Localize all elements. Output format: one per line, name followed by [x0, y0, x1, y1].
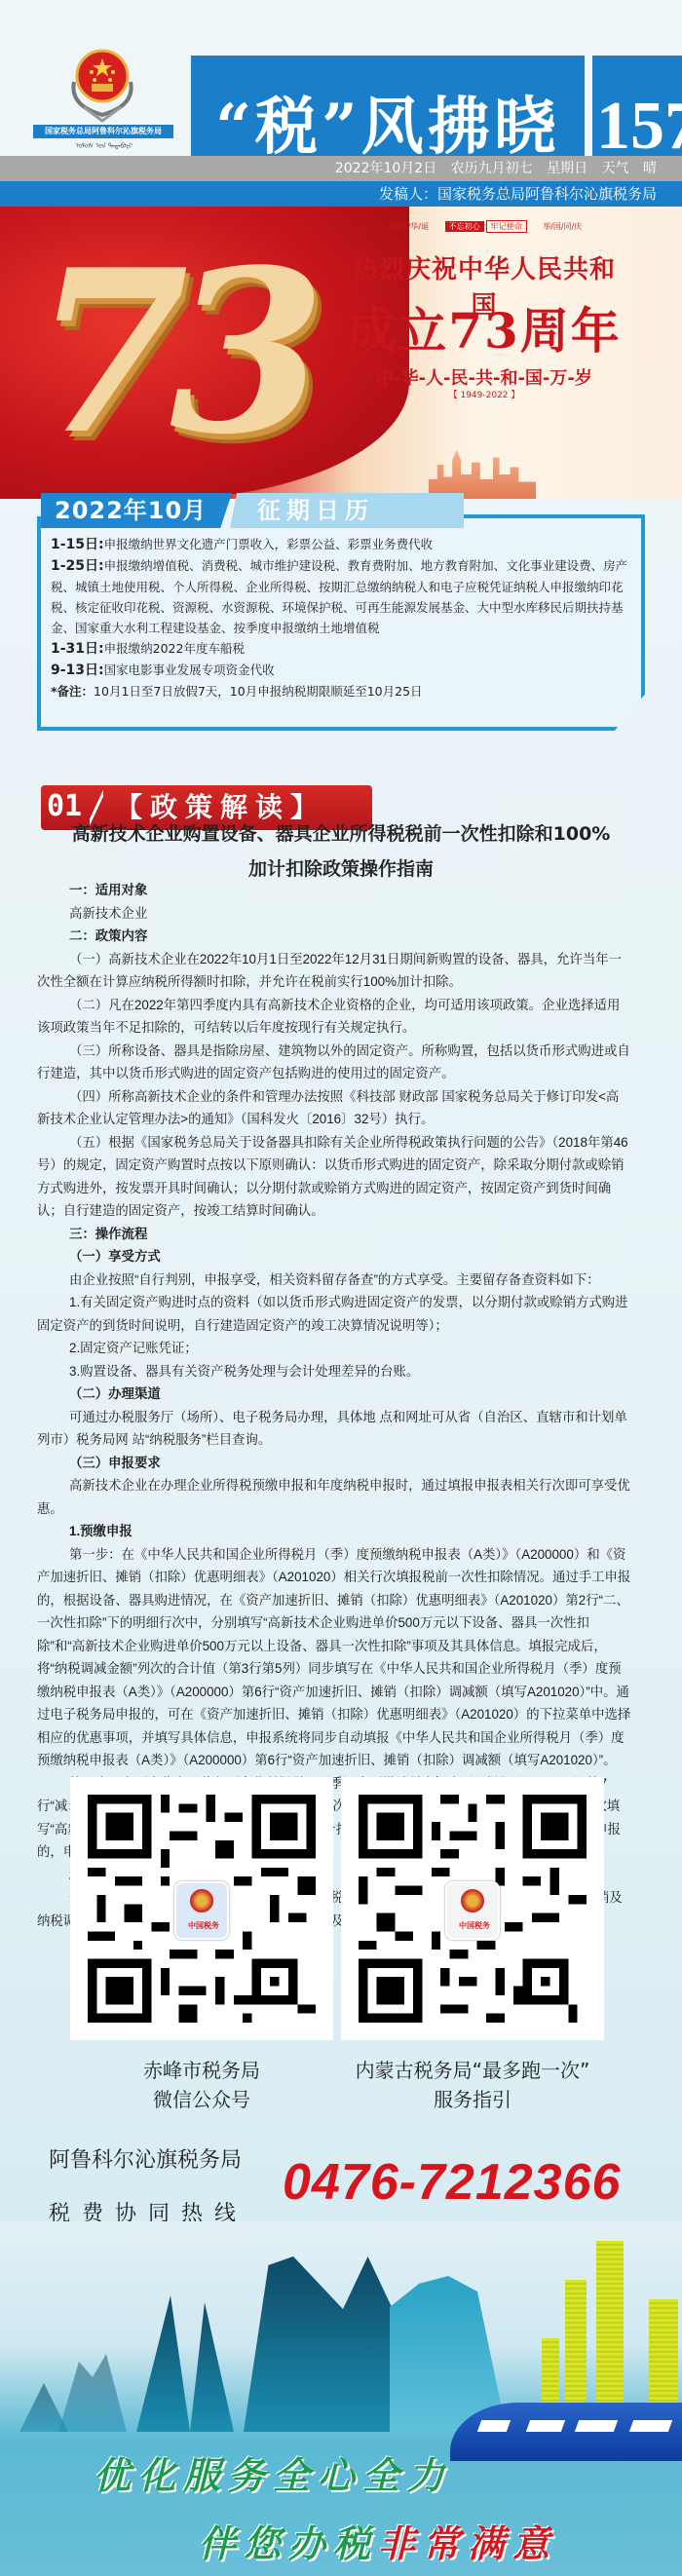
article-paragraph: （四）所称高新技术企业的条件和管理办法按照《科技部 财政部 国家税务总局关于修订…	[37, 1085, 631, 1131]
banner-tagline-row: 春/夏/华/诞 不忘初心牢记使命 举/国/同/庆	[390, 220, 582, 233]
article-heading: 一：适用对象	[37, 879, 631, 902]
article-paragraph: 第一步：在《中华人民共和国企业所得税月（季）度预缴纳税申报表（A类）》（A200…	[37, 1543, 631, 1772]
slogan-line-1: 优化服务全心全力	[94, 2445, 452, 2499]
tags-left: 春/夏/华/诞	[390, 222, 429, 231]
mongolian-script-label: ᠤᠯᠤᠰ ᠤᠨ ᠲᠠᠲᠠᠪᠤᠷᠢ	[39, 139, 170, 149]
calendar-item-text: 申报缴纳增值税、消费税、城市维护建设税、教育费附加、地方教育附加、文化事业建设费…	[51, 558, 627, 635]
anniversary-number: 73	[33, 226, 306, 479]
mountain-icon	[58, 2354, 127, 2432]
qr-caption-line-1: 赤峰市税务局	[70, 2056, 333, 2085]
article-title: 高新技术企业购置设备、器具企业所得税税前一次性扣除和100% 加计扣除政策操作指…	[29, 816, 653, 887]
slogan-line-2: 伴您办税非常满意	[199, 2514, 557, 2567]
calendar-item: 1-31日:申报缴纳2022年度车船税	[51, 638, 635, 660]
qr-caption-chifeng: 赤峰市税务局 微信公众号	[70, 2056, 333, 2114]
qr-logo-text: 中国税务	[447, 1920, 502, 1931]
calendar-heading-title: 征期日历	[230, 493, 464, 528]
article-paragraph: （一）高新技术企业在2022年10月1日至2022年12月31日期间新购置的设备…	[37, 948, 631, 994]
article-heading: （三）申报要求	[37, 1452, 631, 1475]
calendar-list: 1-15日:申报缴纳世界文化遗产门票收入，彩票公益、彩票业务费代收 1-25日:…	[51, 534, 635, 701]
note-label: *备注：	[51, 684, 94, 699]
article-heading: （一）享受方式	[37, 1245, 631, 1269]
tax-emblem-icon	[190, 1889, 213, 1913]
train-window	[629, 2420, 672, 2432]
calendar-divider	[458, 514, 645, 518]
hotline-phone-number[interactable]: 0476-7212366	[283, 2153, 621, 2212]
qr-code-inner-mongolia-service-guide[interactable]: 中国税务	[341, 1777, 604, 2040]
article-paragraph: （五）根据《国家税务总局关于设备器具扣除有关企业所得税政策执行问题的公告》（20…	[37, 1131, 631, 1223]
banner-slogan: 中-华-人-民-共-和-国-万-岁	[343, 364, 625, 390]
calendar-item-dates: 1-25日:	[51, 558, 104, 574]
qr-caption-inner-mongolia: 内蒙古税务局“最多跑一次” 服务指引	[341, 2056, 604, 2114]
org-label: 国家税务总局阿鲁科尔沁旗税务局	[33, 125, 173, 138]
qr-caption-line-2: 服务指引	[341, 2085, 604, 2114]
calendar-item: 1-15日:申报缴纳世界文化遗产门票收入，彩票公益、彩票业务费代收	[51, 534, 635, 555]
qr-caption-line-1: 内蒙古税务局“最多跑一次”	[341, 2056, 604, 2085]
qr-logo: 中国税务	[174, 1881, 229, 1940]
calendar-item: 1-25日:申报缴纳增值税、消费税、城市维护建设税、教育费附加、地方教育附加、文…	[51, 555, 635, 638]
city-skyline-icon	[429, 450, 536, 499]
banner-years: 【 1949-2022 】	[343, 388, 625, 400]
calendar-item-dates: 1-15日:	[51, 537, 104, 552]
byline: 发稿人：国家税务总局阿鲁科尔沁旗税务局	[0, 181, 682, 207]
article-paragraph: 由企业按照“自行判别，申报享受，相关资料留存备查”的方式享受。主要留存备查资料如…	[37, 1269, 631, 1292]
article-paragraph: 3.购置设备、器具有关资产税务处理与会计处理差异的台账。	[37, 1360, 631, 1383]
mountain-icon	[244, 2256, 409, 2432]
qr-code-chifeng-wechat[interactable]: 中国税务	[70, 1777, 333, 2040]
article-paragraph: （二）凡在2022年第四季度内具有高新技术企业资格的企业，均可适用该项政策。企业…	[37, 994, 631, 1040]
high-speed-train-icon	[450, 2403, 682, 2461]
calendar-item-text: 申报缴纳2022年度车船税	[104, 641, 245, 656]
article-paragraph: 高新技术企业在办理企业所得税预缴申报和年度纳税申报时，通过填报申报表相关行次即可…	[37, 1474, 631, 1520]
article-paragraph: 高新技术企业	[37, 902, 631, 926]
hotline-org: 阿鲁科尔沁旗税务局	[49, 2143, 242, 2174]
article-heading: 二：政策内容	[37, 925, 631, 948]
train-window	[575, 2420, 618, 2432]
article-title-line-1: 高新技术企业购置设备、器具企业所得税税前一次性扣除和100%	[29, 816, 653, 852]
calendar-item-dates: 1-31日:	[51, 641, 104, 657]
slogan-green-part: 伴您办税	[199, 2521, 378, 2565]
article-heading: 1.预缴申报	[37, 1520, 631, 1543]
dateline: 2022年10月2日 农历九月初七 星期日 天气 晴	[0, 156, 682, 181]
tax-emblem-icon	[62, 43, 142, 123]
qr-logo: 中国税务	[445, 1881, 500, 1940]
calendar-item-text: 国家电影事业发展专项资金代收	[104, 663, 275, 677]
newsletter-page: 国家税务总局阿鲁科尔沁旗税务局 ᠤᠯᠤᠰ ᠤᠨ ᠲᠠᠲᠠᠪᠤᠷᠢ “税”风拂晓 …	[0, 0, 682, 2576]
tags-right: 举/国/同/庆	[543, 222, 582, 231]
article-paragraph: 可通过办税服务厅（场所）、电子税务局办理，具体地 点和网址可从省（自治区、直辖市…	[37, 1406, 631, 1452]
mountain-icon	[136, 2295, 234, 2432]
calendar-note: *备注：10月1日至7日放假7天，10月申报纳税期限顺延至10月25日	[51, 681, 635, 701]
article-paragraph: （三）所称设备、器具是指除房屋、建筑物以外的固定资产。所称购置，包括以货币形式购…	[37, 1040, 631, 1085]
train-window	[477, 2420, 511, 2432]
anniversary-banner: 73 春/夏/华/诞 不忘初心牢记使命 举/国/同/庆 热烈庆祝中华人民共和国 …	[0, 207, 682, 499]
masthead: 国家税务总局阿鲁科尔沁旗税务局 ᠤᠯᠤᠰ ᠤᠨ ᠲᠠᠲᠠᠪᠤᠷᠢ “税”风拂晓 …	[0, 0, 682, 156]
article-paragraph: 1.有关固定资产购进时点的资料（如以货币形式购进固定资产的发票，以分期付款或赊销…	[37, 1291, 631, 1337]
note-text: 10月1日至7日放假7天，10月申报纳税期限顺延至10月25日	[94, 684, 422, 699]
pill-label-1: 不忘初心	[445, 221, 484, 232]
calendar-item-dates: 9-13日:	[51, 663, 104, 678]
calendar-heading-date: 2022年10月	[41, 493, 232, 528]
tax-emblem-icon	[461, 1889, 484, 1913]
article-paragraph: 2.固定资产记账凭证；	[37, 1337, 631, 1360]
qr-logo-text: 中国税务	[176, 1920, 231, 1931]
slogan-red-part: 非常满意	[378, 2521, 557, 2565]
article-heading: 三：操作流程	[37, 1223, 631, 1246]
train-window	[526, 2420, 565, 2432]
qr-caption-line-2: 微信公众号	[70, 2085, 333, 2114]
article-heading: （二）办理渠道	[37, 1383, 631, 1406]
pill-label-2: 牢记使命	[486, 220, 527, 233]
banner-subheadline: 成立73周年	[343, 292, 625, 362]
calendar-item: 9-13日:国家电影事业发展专项资金代收	[51, 660, 635, 681]
article-body: 一：适用对象 高新技术企业 二：政策内容 （一）高新技术企业在2022年10月1…	[37, 879, 631, 1932]
calendar-item-text: 申报缴纳世界文化遗产门票收入，彩票公益、彩票业务费代收	[104, 537, 434, 551]
